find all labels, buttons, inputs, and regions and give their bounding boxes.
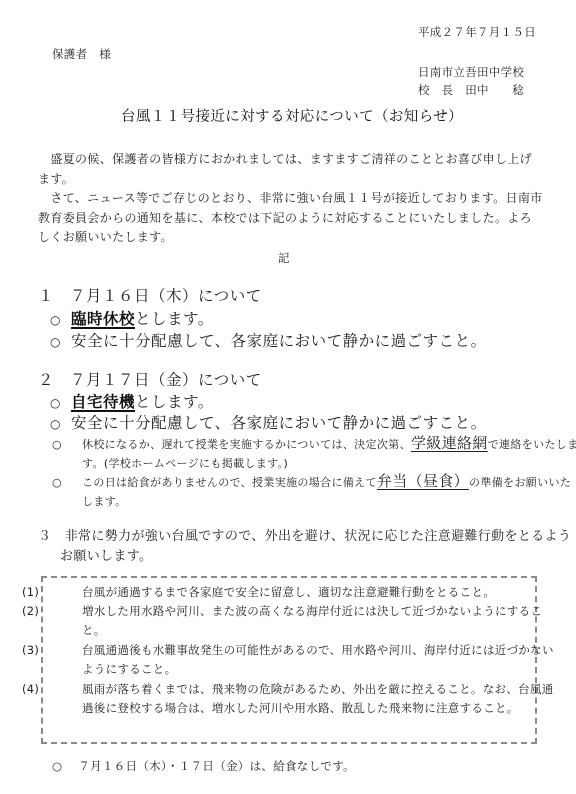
precaution-text: 増水した用水路や河川、また波の高くなる海岸付近には決して近づかないようにすること… [82, 604, 542, 637]
bullet-circle-icon: ○ [50, 313, 61, 327]
bullet-circle-icon: ○ [52, 759, 62, 773]
precaution-item-2: (2)増水した用水路や河川、また波の高くなる海岸付近には決して近づかないようにす… [52, 602, 560, 640]
section1-heading: １ ７月１６日（木）について [38, 284, 262, 306]
precaution-text: 台風が通過するまで各家庭で安全に留意し、適切な注意避難行動をとること。 [82, 585, 495, 599]
section2-item-2: ○安全に十分配慮して、各家庭において静かに過ごすこと。 [50, 411, 487, 433]
section2-item-2-text: 安全に十分配慮して、各家庭において静かに過ごすこと。 [71, 414, 487, 432]
school-name: 日南市立吾田中学校 [418, 64, 524, 80]
section1-item-1: ○臨時休校とします。 [50, 307, 214, 329]
bullet-circle-icon: ○ [50, 335, 61, 349]
section2-item-4: ○この日は給食がありませんので、授業実施の場合に備えて弁当（昼食）の準備をお願い… [52, 472, 576, 511]
precaution-number: (4) [52, 680, 82, 699]
section1-item-2: ○安全に十分配慮して、各家庭において静かに過ごすこと。 [50, 329, 487, 351]
bullet-circle-icon: ○ [52, 435, 82, 454]
precaution-text: 台風通過後も水難事故発生の可能性があるので、用水路や河川、海岸付近には近づかない… [82, 643, 554, 676]
closure-emphasis: 臨時休校 [71, 310, 135, 328]
bullet-circle-icon: ○ [50, 396, 61, 410]
section2-item-4-text: この日は給食がありませんので、授業実施の場合に備えて [82, 476, 377, 489]
footer-note-text: ７月１６日（木）・１７日（金）は、給食なしです。 [78, 759, 355, 773]
section1-item-2-text: 安全に十分配慮して、各家庭において静かに過ごすこと。 [71, 332, 487, 350]
section3-heading: ３ 非常に勢力が強い台風ですので、外出を避け、状況に応じた注意避難行動をとるよう… [38, 527, 576, 567]
precaution-item-3: (3)台風通過後も水難事故発生の可能性があるので、用水路や河川、海岸付近には近づ… [52, 641, 560, 679]
footer-note: ○７月１６日（木）・１７日（金）は、給食なしです。 [52, 758, 355, 774]
section2-heading: ２ ７月１７日（金）について [38, 368, 262, 390]
standby-emphasis: 自宅待機 [71, 393, 135, 411]
intro-paragraph-2: さて、ニュース等でご存じのとおり、非常に強い台風１１号が接近しております。日南市… [38, 189, 544, 248]
intro-paragraph-1: 盛夏の候、保護者の皆様方におかれましては、ますますご清祥のこととお喜び申し上げま… [38, 150, 544, 189]
section2-item-1: ○自宅待機とします。 [50, 390, 214, 412]
document-date: 平成２７年７月１５日 [418, 24, 536, 40]
precaution-item-1: (1)台風が通過するまで各家庭で安全に留意し、適切な注意避難行動をとること。 [52, 583, 560, 602]
section1-item-1-text: とします。 [135, 310, 214, 328]
bullet-circle-icon: ○ [52, 473, 82, 492]
section2-item-1-text: とします。 [135, 393, 214, 411]
document-title: 台風１１号接近に対する対応について（お知らせ） [121, 105, 463, 126]
section2-item-3: ○休校になるか、遅れて授業を実施するかについては、決定次第、学級連絡網で連絡をい… [52, 434, 576, 473]
principal-name: 校 長 田中 稔 [418, 82, 524, 98]
precaution-number: (1) [52, 583, 82, 602]
lunch-box-emphasis: 弁当（昼食） [377, 472, 469, 490]
bullet-circle-icon: ○ [50, 417, 61, 431]
precaution-item-4: (4)風雨が落ち着くまでは、飛来物の危険があるため、外出を厳に控えること。なお、… [52, 680, 560, 718]
ki-marker: 記 [278, 250, 290, 266]
precaution-text: 風雨が落ち着くまでは、飛来物の危険があるため、外出を厳に控えること。なお、台風通… [82, 682, 554, 715]
class-contact-network: 学級連絡網 [411, 434, 488, 452]
section2-item-3-text: 休校になるか、遅れて授業を実施するかについては、決定次第、 [82, 438, 411, 451]
recipient: 保護者 様 [52, 46, 111, 62]
precaution-number: (3) [52, 641, 82, 660]
precaution-number: (2) [52, 602, 82, 621]
